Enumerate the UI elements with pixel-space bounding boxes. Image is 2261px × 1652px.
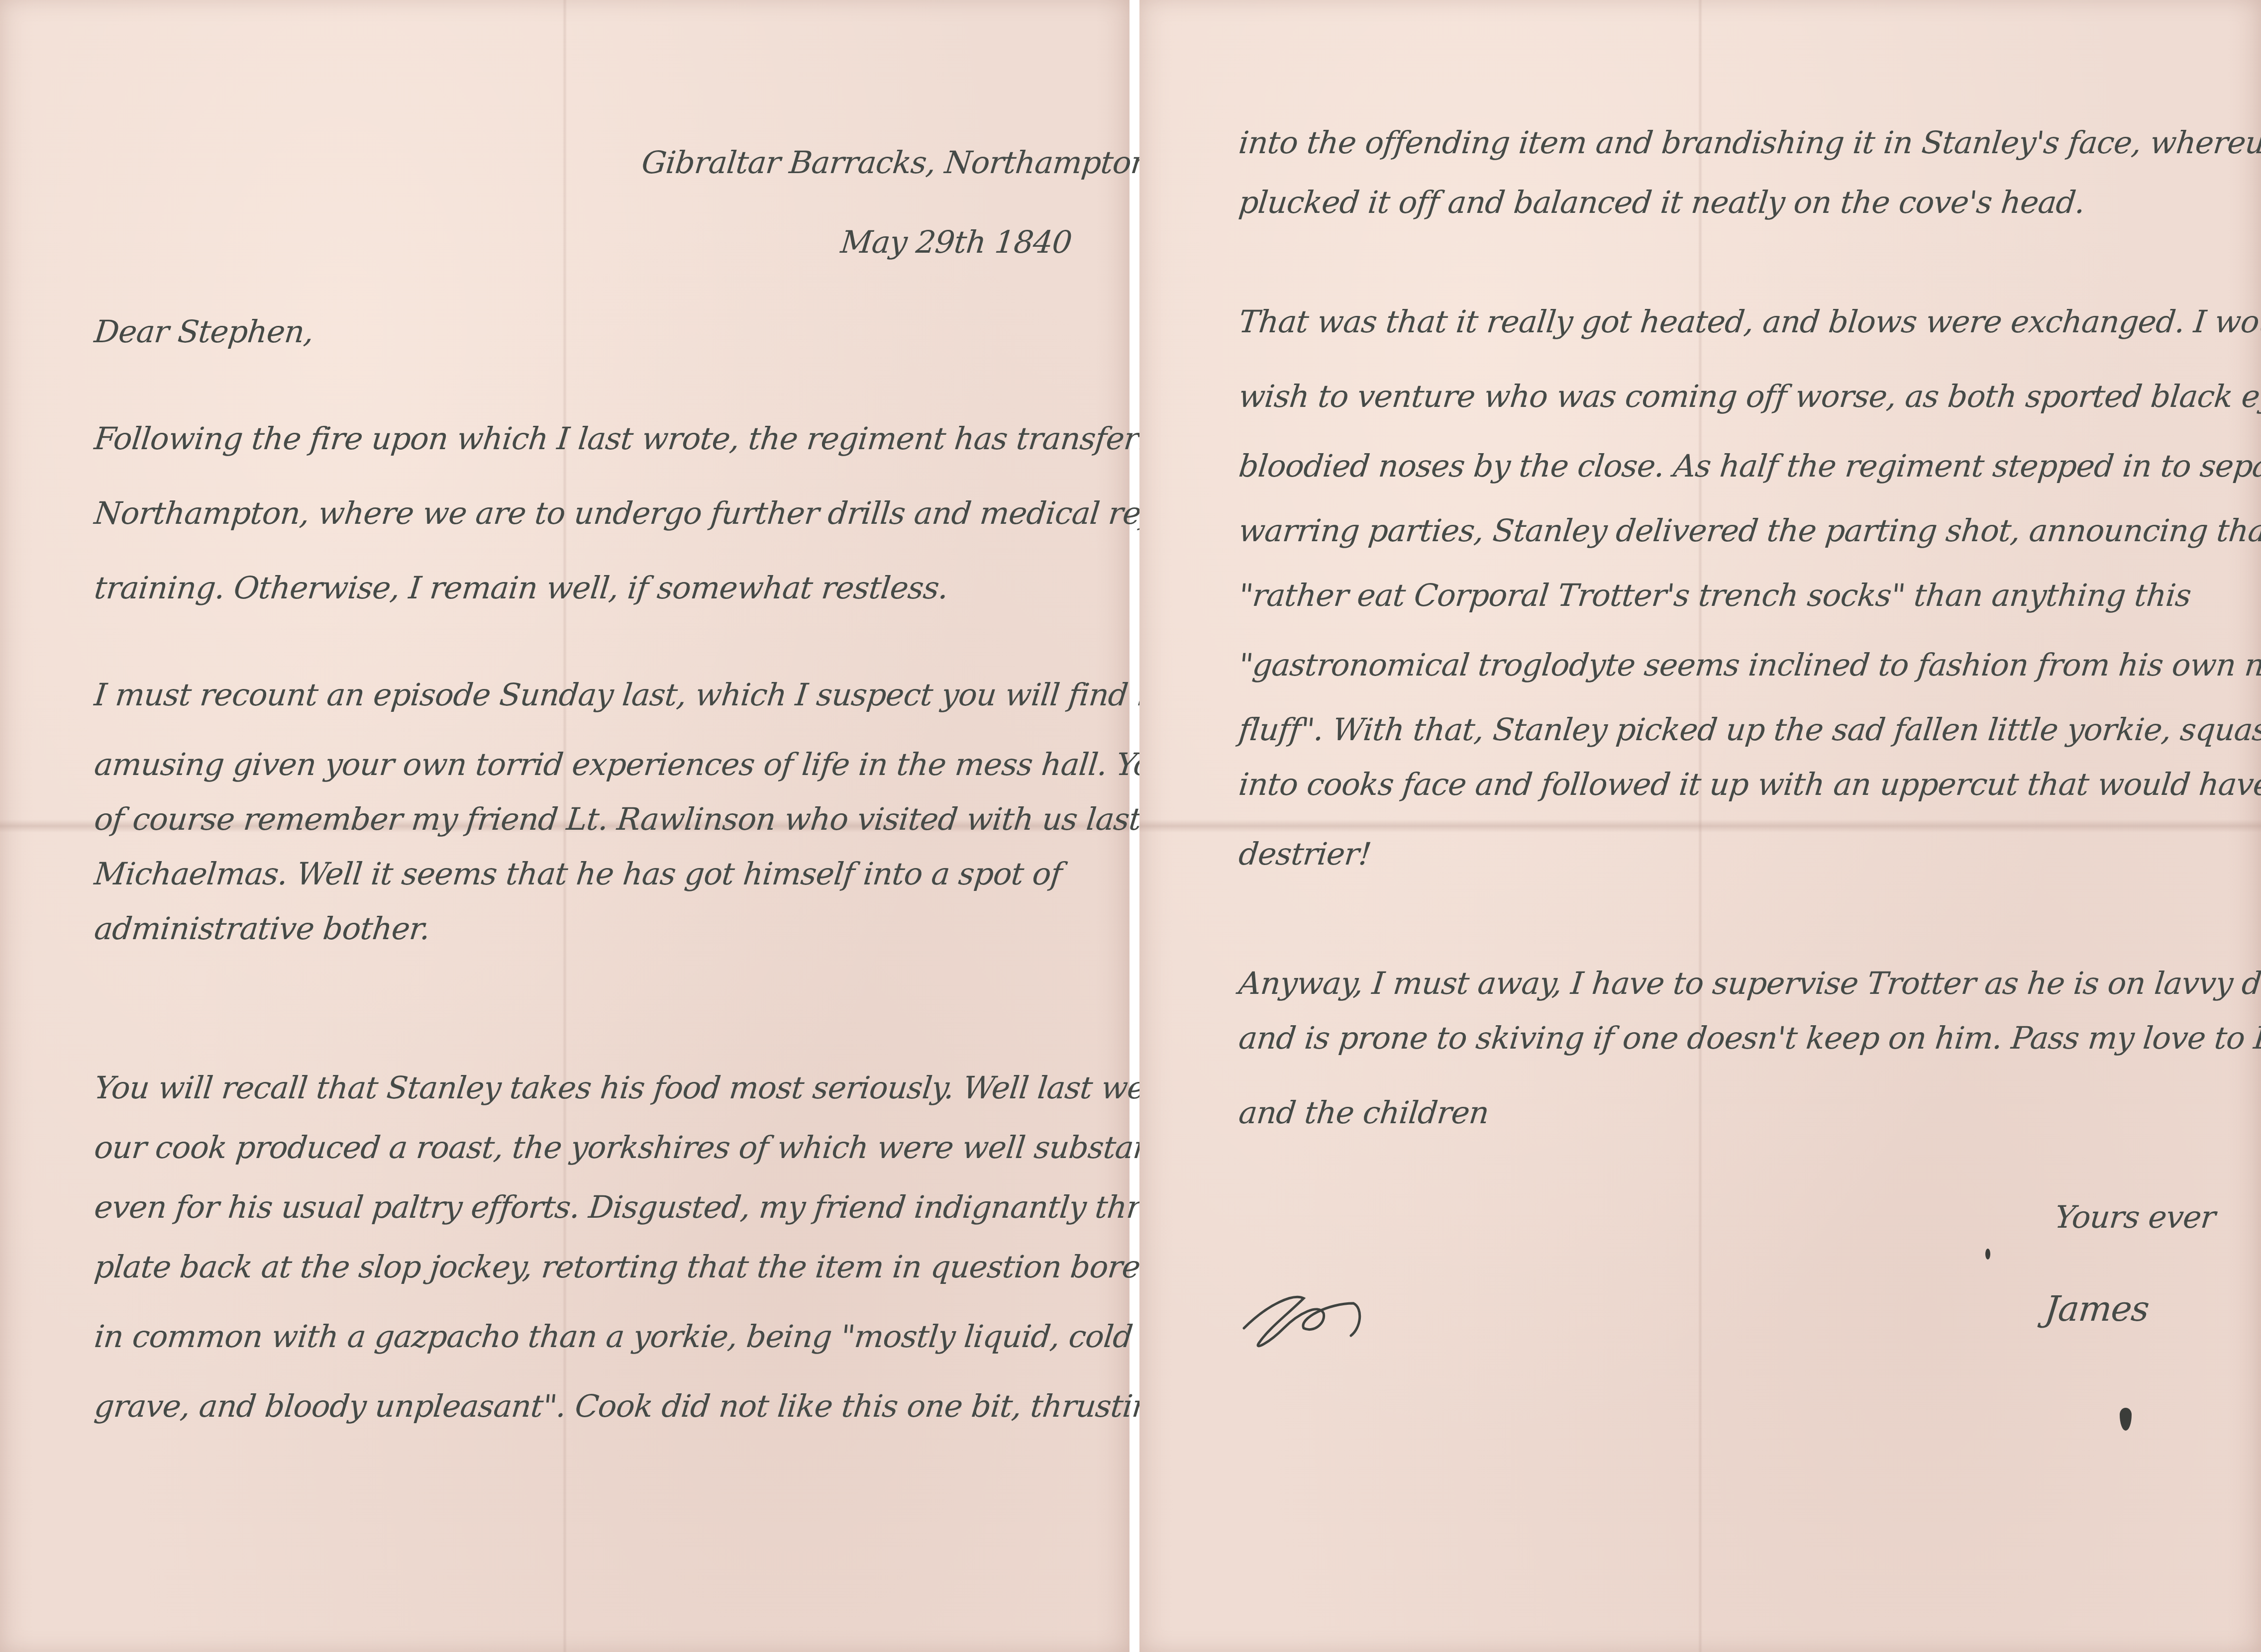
body-line: wish to venture who was coming off worse… [1237,378,2261,414]
body-line: into the offending item and brandishing … [1237,124,2261,161]
ink-spot [1985,1249,1990,1260]
body-line: Anyway, I must away, I have to supervise… [1237,965,2261,1001]
body-line: You will recall that Stanley takes his f… [93,1069,1248,1106]
body-line: plate back at the slop jockey, retorting… [93,1249,1230,1285]
body-line: administrative bother. [93,910,431,947]
body-line: amusing given your own torrid experience… [93,746,1236,782]
body-line: Northampton, where we are to undergo fur… [93,495,1220,531]
letter-page-1: Gibraltar Barracks, Northampton May 29th… [0,0,1130,1652]
sender-address: Gibraltar Barracks, Northampton [640,144,1152,181]
body-line: Following the fire upon which I last wro… [93,420,1231,457]
body-line: in common with a gazpacho than a yorkie,… [93,1318,1235,1355]
body-line: plucked it off and balanced it neatly on… [1237,184,2086,220]
body-line: destrier! [1237,836,1373,872]
body-line: and is prone to skiving if one doesn't k… [1237,1020,2261,1056]
body-line: Michaelmas. Well it seems that he has go… [93,856,1063,892]
signature: James [2043,1288,2151,1329]
body-line: That was that it really got heated, and … [1237,303,2261,340]
body-line: even for his usual paltry efforts. Disgu… [93,1189,1247,1225]
body-line: bloodied noses by the close. As half the… [1237,448,2261,484]
body-line: "gastronomical troglodyte seems inclined… [1237,647,2261,683]
salutation: Dear Stephen, [93,313,315,350]
body-line: our cook produced a roast, the yorkshire… [93,1129,1225,1166]
body-line: of course remember my friend Lt. Rawlins… [93,801,1143,837]
body-line: into cooks face and followed it up with … [1237,766,2261,802]
letter-page-2: into the offending item and brandishing … [1139,0,2261,1652]
signature-flourish-icon [1239,1273,1388,1353]
body-line: training. Otherwise, I remain well, if s… [93,570,950,606]
ink-blot [2120,1408,2132,1431]
body-line: warring parties, Stanley delivered the p… [1237,512,2261,549]
body-line: fluff". With that, Stanley picked up the… [1237,711,2261,748]
body-line: I must recount an episode Sunday last, w… [93,677,1213,713]
letter-date: May 29th 1840 [839,224,1073,260]
body-line: and the children [1237,1094,1490,1131]
body-line: "rather eat Corporal Trotter's trench so… [1237,577,2192,613]
body-line: grave, and bloody unpleasant". Cook did … [93,1388,1271,1424]
closing: Yours ever [2053,1199,2217,1235]
